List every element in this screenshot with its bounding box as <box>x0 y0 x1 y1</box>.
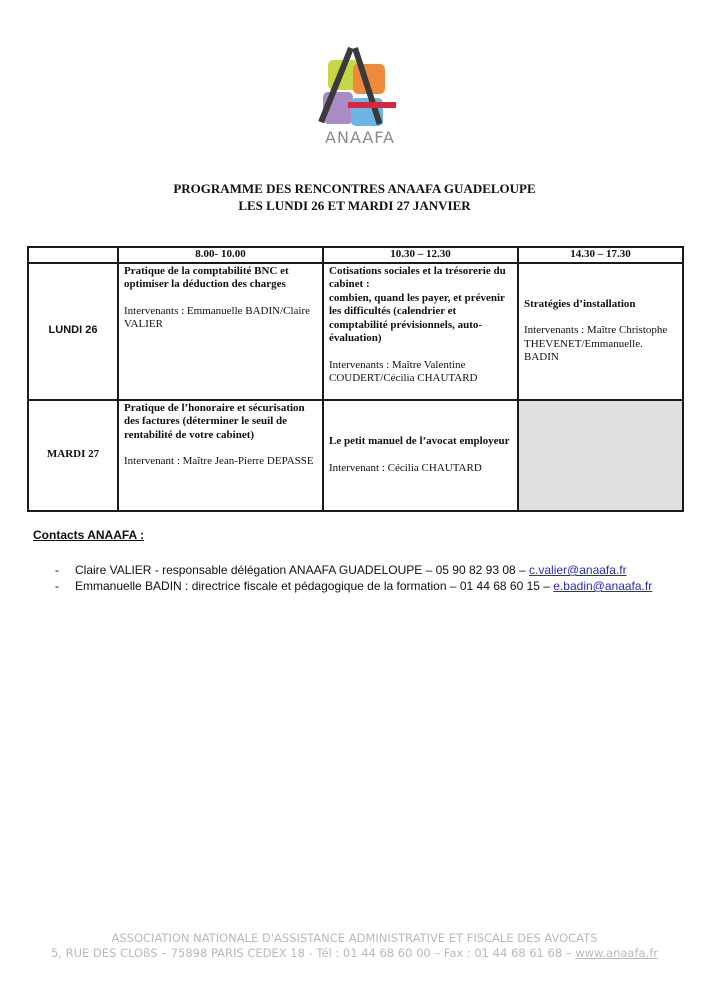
table-row: LUNDI 26 Pratique de la comptabilité BNC… <box>28 263 683 400</box>
program-table: 8.00- 10.00 10.30 – 12.30 14.30 – 17.30 … <box>27 246 684 512</box>
contacts-section: Contacts ANAAFA : - Claire VALIER - resp… <box>33 528 652 594</box>
anaafa-logo: ANAAFA <box>318 42 402 150</box>
bullet-dash: - <box>55 578 59 594</box>
slot-header: 14.30 – 17.30 <box>518 247 683 263</box>
header-empty-cell <box>28 247 118 263</box>
logo-red-bar <box>348 102 396 108</box>
session-cell: Pratique de la comptabilité BNC et optim… <box>118 263 323 400</box>
session-title: Cotisations sociales et la trésorerie du… <box>329 265 512 292</box>
footer-address: 5, RUE DES CLOßS – 75898 PARIS CEDEX 18 … <box>51 946 575 960</box>
contacts-list: - Claire VALIER - responsable délégation… <box>33 562 652 594</box>
empty-session-cell <box>518 400 683 511</box>
footer: ASSOCIATION NATIONALE D'ASSISTANCE ADMIN… <box>0 931 709 961</box>
session-speakers: Intervenants : Maître Valentine COUDERT/… <box>329 359 512 386</box>
session-title: Pratique de l’honoraire et sécurisation … <box>124 402 317 443</box>
session-speakers: Intervenant : Maître Jean-Pierre DEPASSE <box>124 455 317 469</box>
session-title: Stratégies d’installation <box>524 298 677 312</box>
session-subtitle: combien, quand les payer, et prévenir le… <box>329 292 512 346</box>
session-speakers: Intervenants : Emmanuelle BADIN/Claire V… <box>124 305 317 332</box>
email-link[interactable]: c.valier@anaafa.fr <box>529 563 627 577</box>
session-speakers: Intervenants : Maître Christophe THEVENE… <box>524 324 677 365</box>
session-cell: Pratique de l’honoraire et sécurisation … <box>118 400 323 511</box>
slot-header: 8.00- 10.00 <box>118 247 323 263</box>
contact-text: Claire VALIER - responsable délégation A… <box>75 563 529 577</box>
title-line-2: LES LUNDI 26 ET MARDI 27 JANVIER <box>0 197 709 214</box>
website-link[interactable]: www.anaafa.fr <box>575 946 658 960</box>
contact-item: - Claire VALIER - responsable délégation… <box>33 562 652 578</box>
footer-line-1: ASSOCIATION NATIONALE D'ASSISTANCE ADMIN… <box>0 931 709 946</box>
contact-text: Emmanuelle BADIN : directrice fiscale et… <box>75 579 553 593</box>
session-title: Pratique de la comptabilité BNC et optim… <box>124 265 317 292</box>
session-speakers: Intervenant : Cécilia CHAUTARD <box>329 462 512 476</box>
bullet-dash: - <box>55 562 59 578</box>
day-label: LUNDI 26 <box>28 263 118 400</box>
session-cell: Cotisations sociales et la trésorerie du… <box>323 263 518 400</box>
session-title: Le petit manuel de l’avocat employeur <box>329 435 512 449</box>
session-cell: Le petit manuel de l’avocat employeur In… <box>323 400 518 511</box>
page-title: PROGRAMME DES RENCONTRES ANAAFA GUADELOU… <box>0 180 709 214</box>
table-header-row: 8.00- 10.00 10.30 – 12.30 14.30 – 17.30 <box>28 247 683 263</box>
day-label: MARDI 27 <box>28 400 118 511</box>
slot-header: 10.30 – 12.30 <box>323 247 518 263</box>
contacts-heading: Contacts ANAAFA : <box>33 528 652 542</box>
email-link[interactable]: e.badin@anaafa.fr <box>553 579 652 593</box>
session-cell: Stratégies d’installation Intervenants :… <box>518 263 683 400</box>
logo-wordmark: ANAAFA <box>314 128 406 147</box>
footer-line-2: 5, RUE DES CLOßS – 75898 PARIS CEDEX 18 … <box>0 946 709 961</box>
title-line-1: PROGRAMME DES RENCONTRES ANAAFA GUADELOU… <box>0 180 709 197</box>
contact-item: - Emmanuelle BADIN : directrice fiscale … <box>33 578 652 594</box>
table-row: MARDI 27 Pratique de l’honoraire et sécu… <box>28 400 683 511</box>
